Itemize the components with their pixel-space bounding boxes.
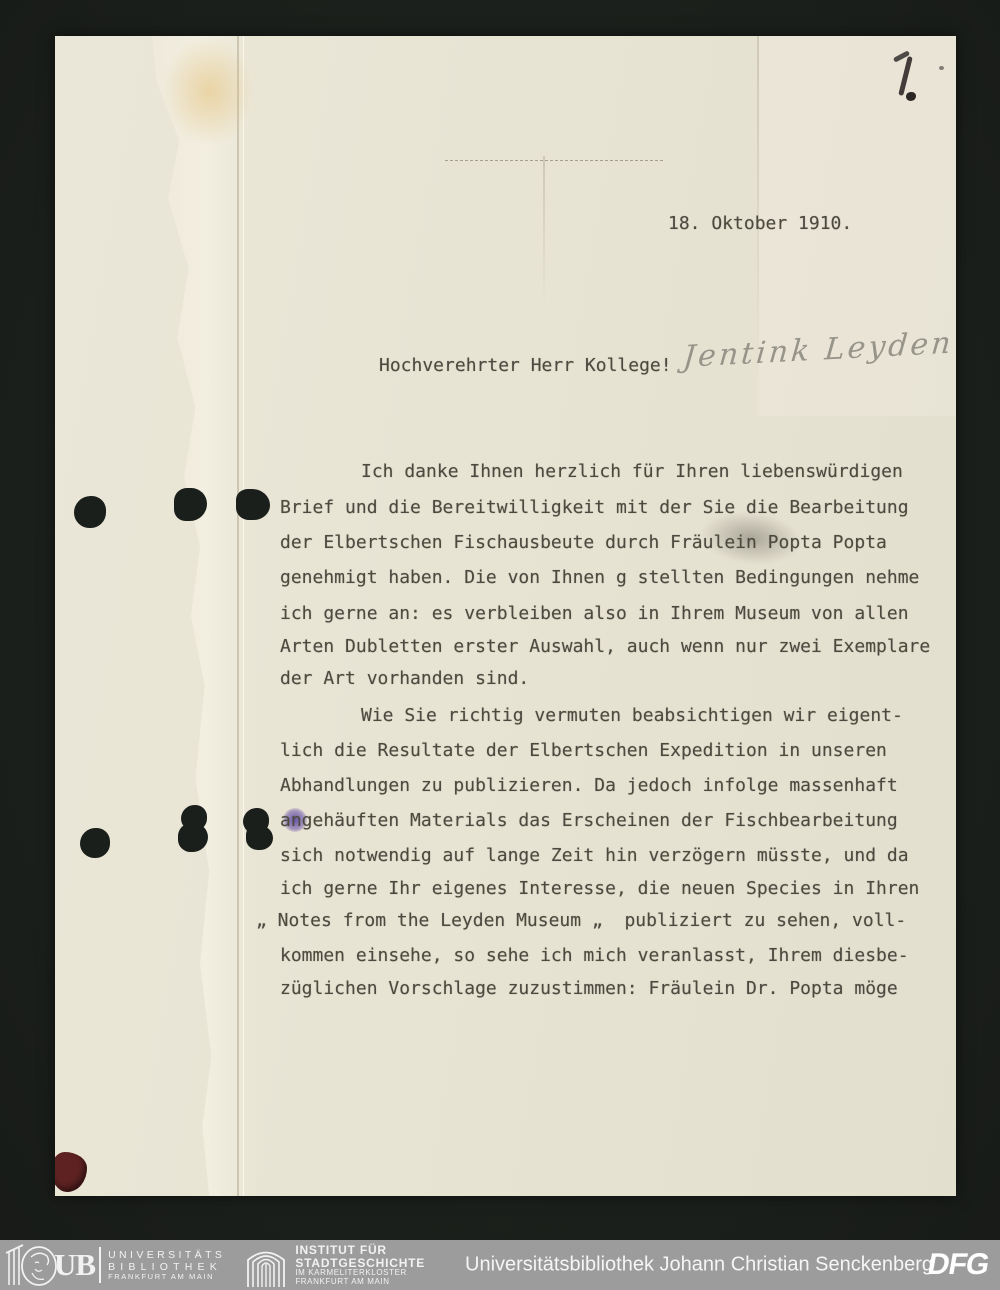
typed-line: Brief und die Bereitwilligkeit mit der S…: [280, 497, 909, 518]
institut-line4: FRANKFURT AM MAIN: [295, 1278, 425, 1286]
typed-line: lich die Resultate der Elbertschen Exped…: [280, 740, 887, 761]
tape-fold-line: [237, 36, 239, 1196]
typed-line: der Art vorhanden sind.: [280, 668, 529, 689]
scan-backdrop: 18. Oktober 1910. Hochverehrter Herr Kol…: [0, 0, 1000, 1290]
ub-wordmark: UNIVERSITÄTS BIBLIOTHEK FRANKFURT AM MAI…: [108, 1249, 225, 1282]
ub-line2: BIBLIOTHEK: [108, 1261, 225, 1273]
library-name: Universitätsbibliothek Johann Christian …: [465, 1254, 933, 1277]
ub-line3: FRANKFURT AM MAIN: [108, 1273, 225, 1282]
typed-line: angehäuften Materials das Erscheinen der…: [280, 810, 898, 831]
tape-fold-highlight: [243, 36, 244, 1196]
punch-hole: [236, 489, 270, 520]
divider: [99, 1247, 101, 1283]
institut-logo: INSTITUT FÜR STADTGESCHICHTE IM KARMELIT…: [245, 1243, 425, 1287]
date-line: 18. Oktober 1910.: [668, 213, 852, 234]
institut-line1: INSTITUT FÜR: [295, 1244, 425, 1257]
ink-speck: [939, 66, 944, 70]
typed-line: genehmigt haben. Die von Ihnen g stellte…: [280, 567, 919, 588]
ub-logo: UB UNIVERSITÄTS BIBLIOTHEK FRANKFURT AM …: [6, 1243, 225, 1287]
scratch-mark: [445, 160, 663, 161]
repair-tape-strip: [143, 36, 257, 1196]
typed-line: „ Notes from the Leyden Museum „ publizi…: [256, 910, 906, 931]
ub-line1: UNIVERSITÄTS: [108, 1249, 225, 1261]
typed-line: ich gerne Ihr eigenes Interesse, die neu…: [280, 878, 919, 899]
typed-line: sich notwendig auf lange Zeit hin verzög…: [280, 845, 909, 866]
typed-line: Ich danke Ihnen herzlich für Ihren liebe…: [361, 461, 903, 482]
punch-hole: [178, 823, 208, 852]
salutation-line: Hochverehrter Herr Kollege!: [379, 355, 672, 376]
typed-line: Abhandlungen zu publizieren. Da jedoch i…: [280, 775, 898, 796]
punch-hole: [74, 496, 106, 528]
footer-bar: UB UNIVERSITÄTS BIBLIOTHEK FRANKFURT AM …: [0, 1240, 1000, 1290]
punch-hole: [246, 825, 273, 850]
glue-stain: [163, 36, 255, 146]
typed-line: Arten Dubletten erster Auswahl, auch wen…: [280, 636, 930, 657]
punch-hole: [80, 828, 110, 858]
letter-page: 18. Oktober 1910. Hochverehrter Herr Kol…: [55, 36, 956, 1196]
typed-line: Wie Sie richtig vermuten beabsichtigen w…: [361, 705, 903, 726]
typed-line: züglichen Vorschlage zuzustimmen: Fräule…: [280, 978, 898, 999]
crease-line: [543, 156, 545, 306]
typed-line: kommen einsehe, so sehe ich mich veranla…: [280, 945, 909, 966]
dfg-logo: DFG: [925, 1248, 991, 1282]
typed-line: ich gerne an: es verbleiben also in Ihre…: [280, 603, 909, 624]
institut-wordmark: INSTITUT FÜR STADTGESCHICHTE IM KARMELIT…: [295, 1244, 425, 1286]
wax-seal-mark: [55, 1152, 87, 1192]
institut-arch-icon: [245, 1243, 287, 1287]
ub-abbr: UB: [54, 1247, 95, 1283]
